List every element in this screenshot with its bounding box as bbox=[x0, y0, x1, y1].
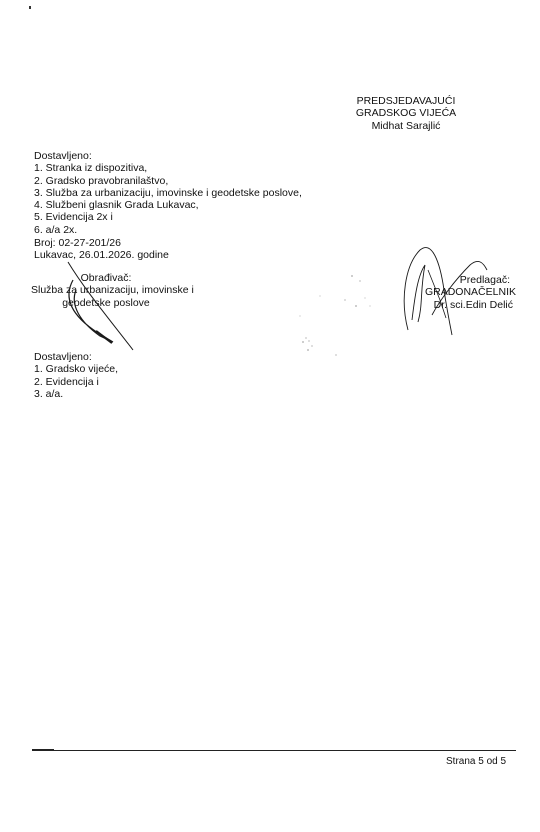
list-item: 3. Služba za urbanizaciju, imovinske i g… bbox=[34, 187, 302, 199]
list-item: 6. a/a 2x. bbox=[34, 224, 302, 236]
list-item: 3. a/a. bbox=[34, 388, 118, 400]
list-item: 2. Evidencija i bbox=[34, 376, 118, 388]
processor-label: Obrađivač: bbox=[31, 272, 181, 284]
presiding-title-line2: GRADSKOG VIJEĆA bbox=[338, 107, 474, 119]
list-item: 1. Stranka iz dispozitiva, bbox=[34, 162, 302, 174]
presiding-title-line1: PREDSJEDAVAJUĆI bbox=[338, 95, 474, 107]
distribution-heading: Dostavljeno: bbox=[34, 351, 118, 363]
footer-divider bbox=[32, 750, 516, 751]
processor-line1: Služba za urbanizaciju, imovinske i bbox=[31, 284, 181, 296]
proposer-label: Predlagač: bbox=[330, 274, 516, 286]
proposer-title: GRADONAČELNIK bbox=[330, 286, 516, 298]
proposer-name: Dr. sci.Edin Delić bbox=[330, 299, 516, 311]
list-item: 2. Gradsko pravobranilaštvo, bbox=[34, 175, 302, 187]
list-item: 4. Službeni glasnik Grada Lukavac, bbox=[34, 199, 302, 211]
processor-block: Obrađivač: Služba za urbanizaciju, imovi… bbox=[31, 272, 181, 309]
scan-speck bbox=[29, 6, 31, 9]
distribution-list-2: Dostavljeno: 1. Gradsko vijeće, 2. Evide… bbox=[34, 351, 118, 400]
list-item: 5. Evidencija 2x i bbox=[34, 211, 302, 223]
place-date: Lukavac, 26.01.2026. godine bbox=[34, 249, 169, 261]
reference-number: Broj: 02-27-201/26 bbox=[34, 237, 169, 249]
processor-line2: geodetske poslove bbox=[31, 297, 181, 309]
proposer-block: Predlagač: GRADONAČELNIK Dr. sci.Edin De… bbox=[330, 274, 516, 311]
presiding-name: Midhat Sarajlić bbox=[338, 120, 474, 132]
presiding-signature-block: PREDSJEDAVAJUĆI GRADSKOG VIJEĆA Midhat S… bbox=[338, 95, 474, 132]
distribution-list-1: Dostavljeno: 1. Stranka iz dispozitiva, … bbox=[34, 150, 302, 236]
page-number: Strana 5 od 5 bbox=[446, 756, 506, 768]
distribution-heading: Dostavljeno: bbox=[34, 150, 302, 162]
list-item: 1. Gradsko vijeće, bbox=[34, 363, 118, 375]
document-reference: Broj: 02-27-201/26 Lukavac, 26.01.2026. … bbox=[34, 237, 169, 262]
